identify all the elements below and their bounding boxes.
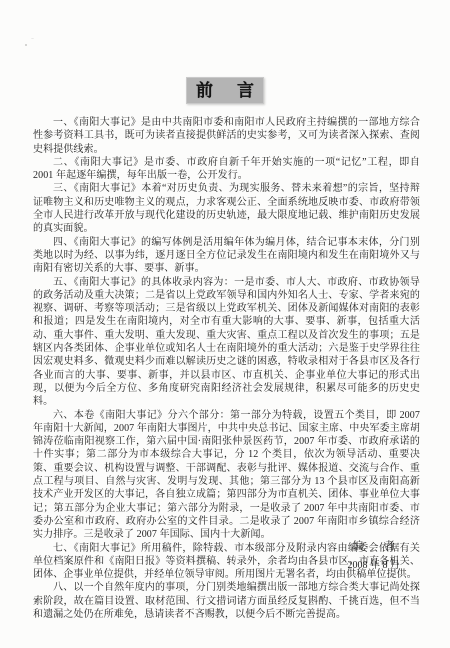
scanned-preface-page: 前 言 一、《南阳大事记》是由中共南阳市委和南阳市人民政府主持编撰的一部地方综合… <box>0 0 450 648</box>
paragraph-4: 四、《南阳大事记》的编写体例是活用编年体为编月体，结合记事本末体，分门别类地以时… <box>33 236 420 276</box>
paragraph-5: 五、《南阳大事记》的具体收录内容为：一是市委、市人大、市政府、市政协领导的政务活… <box>33 276 420 409</box>
paragraph-1: 一、《南阳大事记》是由中共南阳市委和南阳市人民政府主持编撰的一部地方综合性参考资… <box>33 116 420 156</box>
scan-noise-dot <box>25 44 27 46</box>
preface-title-char-1: 前 <box>196 82 213 99</box>
editor-signature: 编 者 <box>348 538 401 553</box>
paragraph-8: 八、以一个自然年度内的事项，分门别类地编撰出版一部地方综合类大事记尚处探索阶段，… <box>33 581 420 621</box>
scan-noise-smudge <box>31 38 34 39</box>
paragraph-3: 三、《南阳大事记》本着“对历史负责、为现实服务、替未来着想”的宗旨，坚持辩证唯物… <box>33 182 420 235</box>
signature-block: 编 者 2008 年 8 月 <box>348 538 401 571</box>
publication-date: 2008 年 8 月 <box>348 556 401 571</box>
paragraph-6: 六、本卷《南阳大事记》分六个部分：第一部分为特载，设置五个类目，即 2007 年… <box>33 409 420 542</box>
preface-title-char-2: 言 <box>237 82 254 99</box>
preface-title-box: 前 言 <box>186 77 264 104</box>
paragraph-2: 二、《南阳大事记》是市委、市政府自新千年开始实施的一项“记忆”工程，即自 200… <box>33 156 420 183</box>
